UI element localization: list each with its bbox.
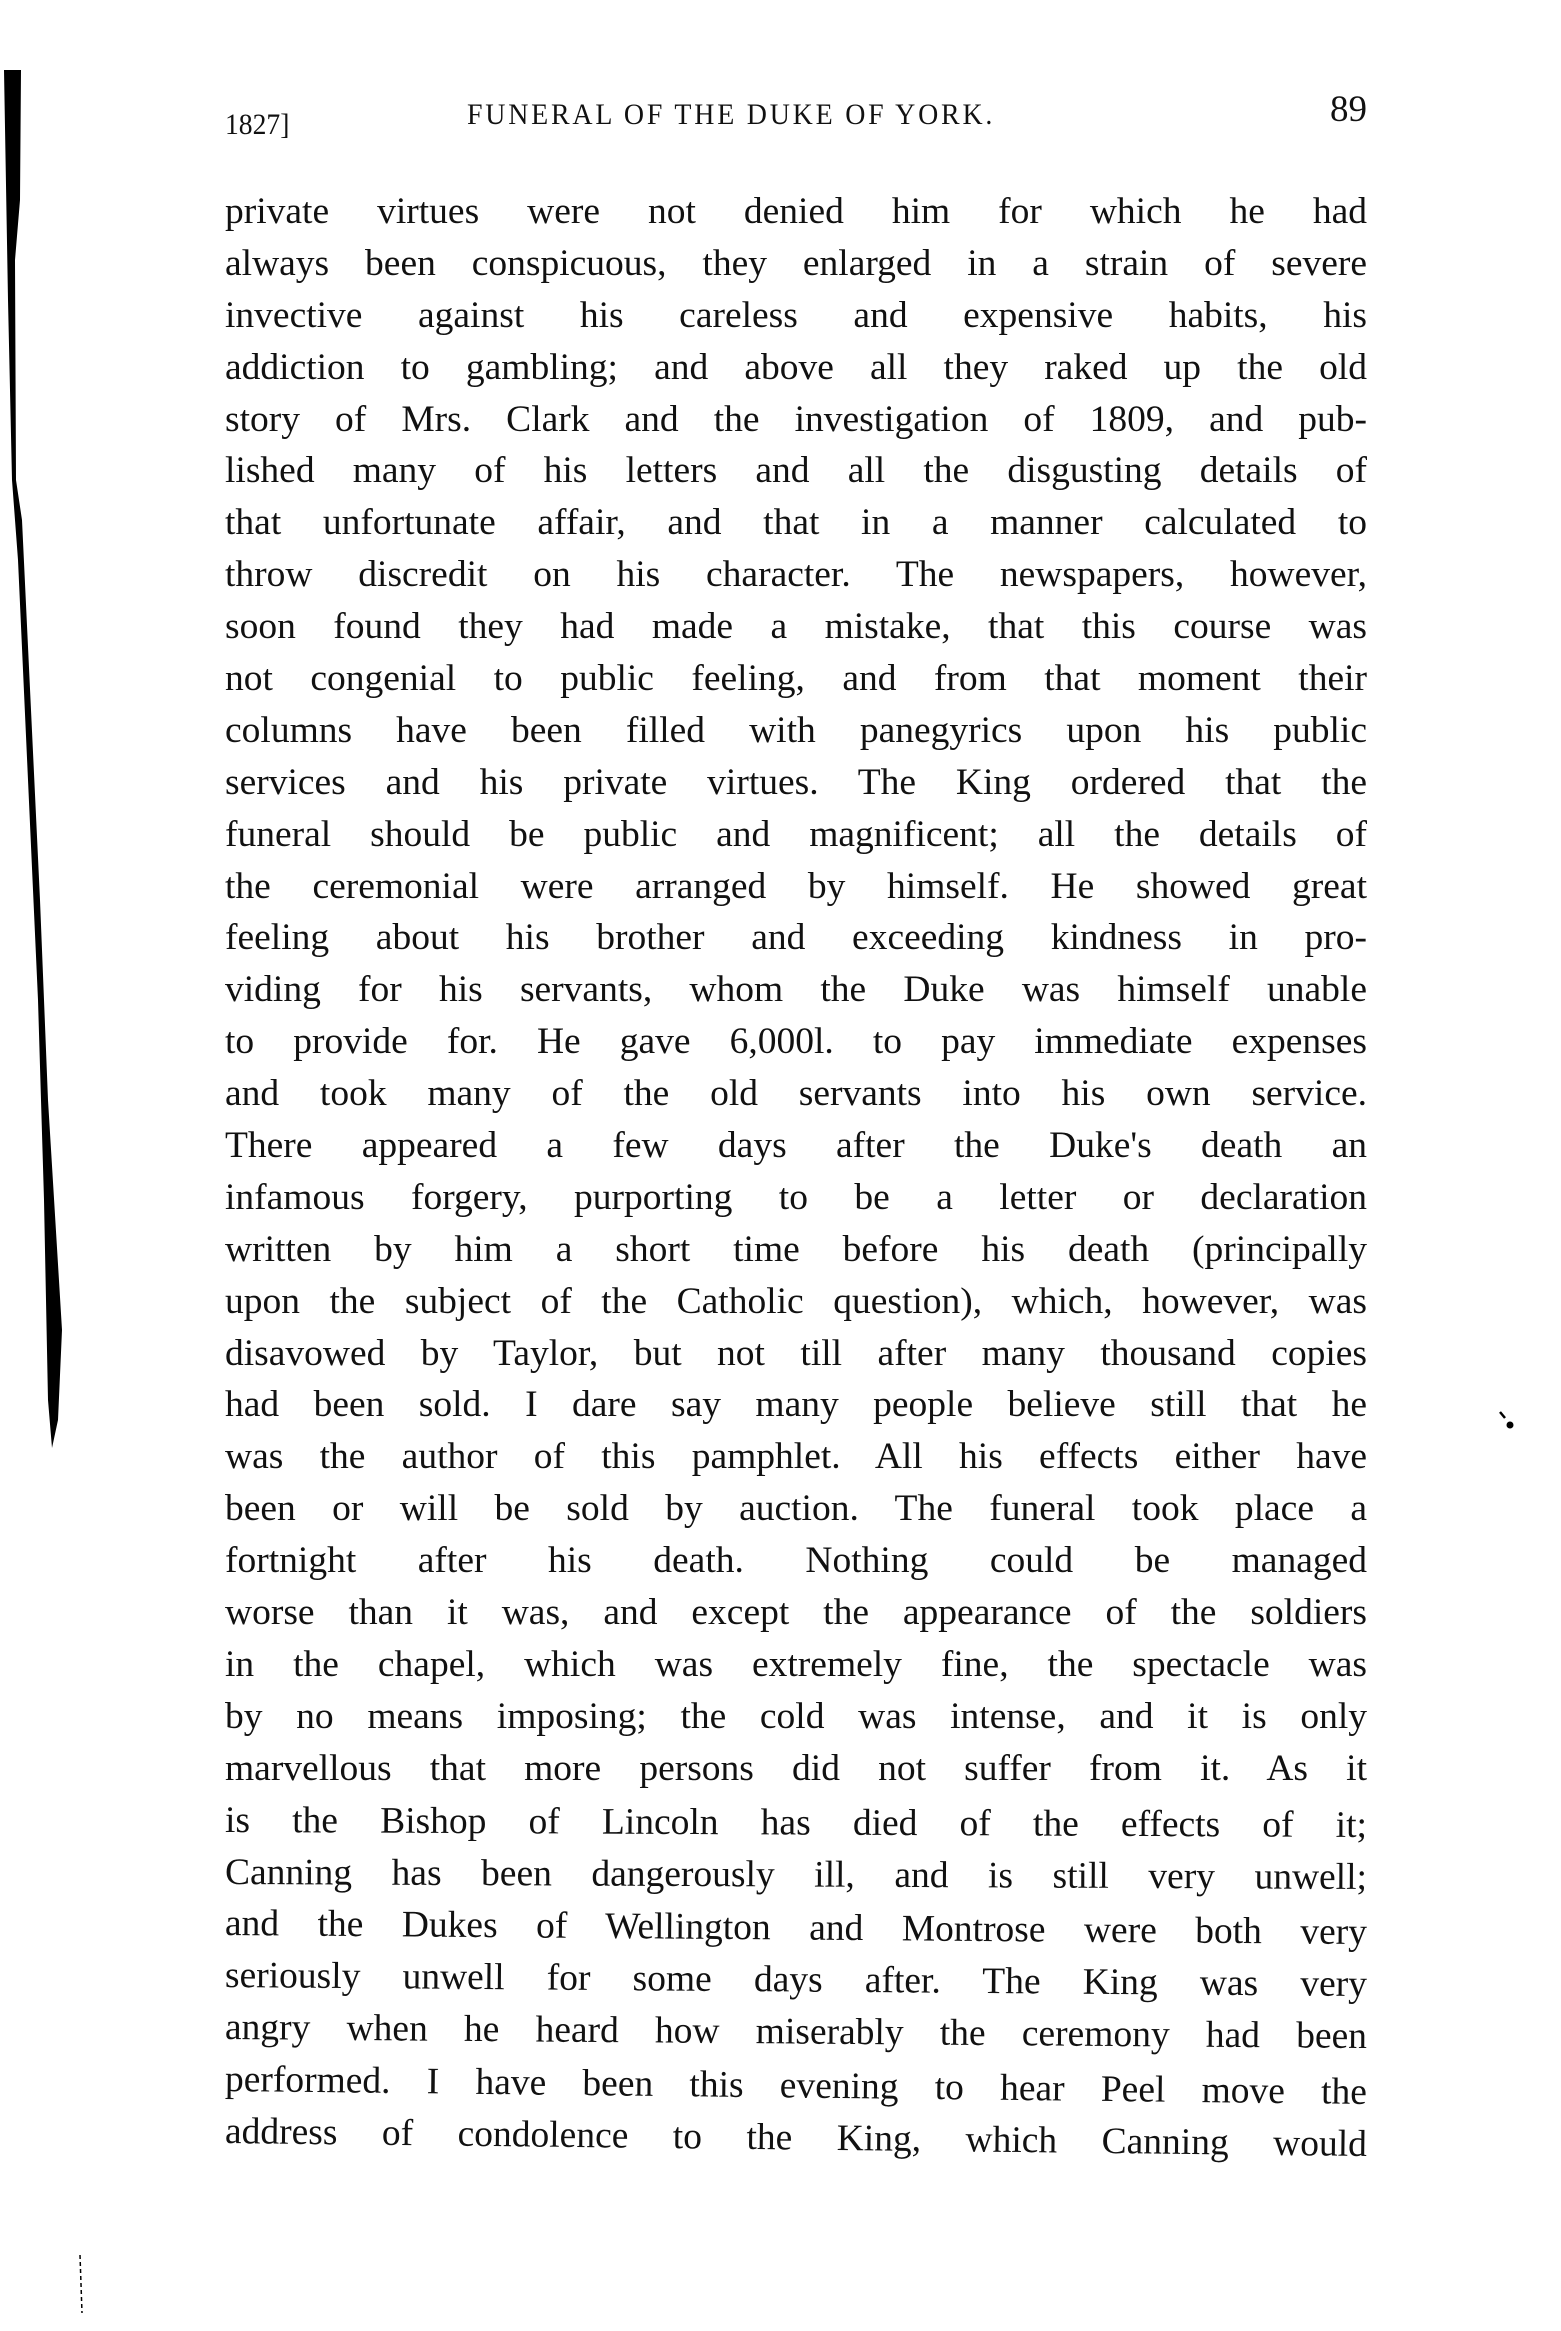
scan-artifact-ticks: [78, 2255, 86, 2315]
text-line: fortnight after his death. Nothing could…: [225, 1535, 1367, 1587]
text-line: columns have been filled with panegyrics…: [225, 705, 1367, 757]
text-line: story of Mrs. Clark and the investigatio…: [225, 394, 1367, 446]
scan-artifact-speck: [1498, 1410, 1518, 1432]
book-page: 1827] FUNERAL OF THE DUKE OF YORK. 89 pr…: [0, 0, 1561, 2331]
text-line: addiction to gambling; and above all the…: [225, 342, 1367, 394]
text-line: to provide for. He gave 6,000l. to pay i…: [225, 1016, 1367, 1068]
text-line: was the author of this pamphlet. All his…: [225, 1431, 1367, 1483]
text-line: and the Dukes of Wellington and Montrose…: [225, 1898, 1367, 1959]
text-line: Canning has been dangerously ill, and is…: [225, 1847, 1367, 1904]
header-title: FUNERAL OF THE DUKE OF YORK.: [467, 98, 995, 132]
text-line: lished many of his letters and all the d…: [225, 445, 1367, 497]
text-line: soon found they had made a mistake, that…: [225, 601, 1367, 653]
text-line: and took many of the old servants into h…: [225, 1068, 1367, 1120]
text-line: invective against his careless and expen…: [225, 290, 1367, 342]
text-line: had been sold. I dare say many people be…: [225, 1379, 1367, 1431]
text-line: upon the subject of the Catholic questio…: [225, 1276, 1367, 1328]
page-number: 89: [1330, 88, 1367, 131]
text-line: disavowed by Taylor, but not till after …: [225, 1328, 1367, 1380]
text-line: services and his private virtues. The Ki…: [225, 757, 1367, 809]
text-line: in the chapel, which was extremely fine,…: [225, 1639, 1367, 1691]
text-line: is the Bishop of Lincoln has died of the…: [225, 1795, 1367, 1852]
text-line: throw discredit on his character. The ne…: [225, 549, 1367, 601]
binding-shadow-mark: [0, 0, 80, 1500]
text-line: written by him a short time before his d…: [225, 1224, 1367, 1276]
text-line: by no means imposing; the cold was inten…: [225, 1691, 1367, 1743]
text-line: viding for his servants, whom the Duke w…: [225, 964, 1367, 1016]
text-line: infamous forgery, purporting to be a let…: [225, 1172, 1367, 1224]
text-line: been or will be sold by auction. The fun…: [225, 1483, 1367, 1535]
text-line: worse than it was, and except the appear…: [225, 1587, 1367, 1639]
text-line: angry when he heard how miserably the ce…: [225, 2002, 1367, 2063]
text-line: that unfortunate affair, and that in a m…: [225, 497, 1367, 549]
text-line: the ceremonial were arranged by himself.…: [225, 861, 1367, 913]
running-header: 1827] FUNERAL OF THE DUKE OF YORK. 89: [225, 88, 1367, 148]
text-line: feeling about his brother and exceeding …: [225, 912, 1367, 964]
body-paragraph: private virtues were not denied him for …: [225, 186, 1367, 2158]
text-line: funeral should be public and magnificent…: [225, 809, 1367, 861]
text-line: marvellous that more persons did not suf…: [225, 1743, 1367, 1795]
header-year: 1827]: [225, 108, 289, 142]
text-line: seriously unwell for some days after. Th…: [225, 1950, 1367, 2011]
text-line: not congenial to public feeling, and fro…: [225, 653, 1367, 705]
text-line: private virtues were not denied him for …: [225, 186, 1367, 238]
text-line: There appeared a few days after the Duke…: [225, 1120, 1367, 1172]
text-line: always been conspicuous, they enlarged i…: [225, 238, 1367, 290]
